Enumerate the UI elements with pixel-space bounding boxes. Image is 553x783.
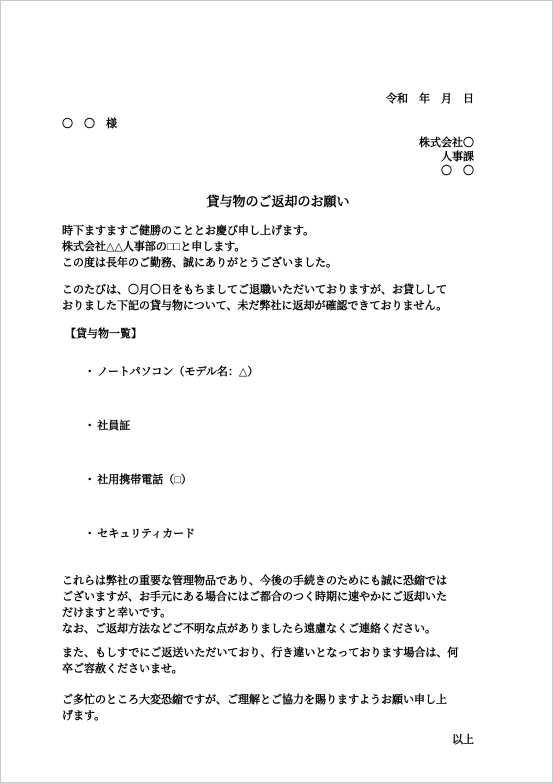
text-line: 株式会社△△人事部の□□と申します。 <box>62 239 474 255</box>
text-line: このたびは、〇月〇日をもちましてご退職いただいておりますが、お貸しして <box>62 282 474 298</box>
loaned-item-label: ノートパソコン（モデル名：△） <box>97 366 258 378</box>
text-line: この度は長年のご勤務、誠にありがとうございました。 <box>62 255 474 271</box>
notice-paragraph: このたびは、〇月〇日をもちましてご退職いただいておりますが、お貸しして おりまし… <box>62 282 474 314</box>
loaned-item: ・ノートパソコン（モデル名：△） <box>62 348 474 396</box>
text-line: げます。 <box>62 708 474 724</box>
document-title: 貸与物のご返却のお願い <box>62 192 494 212</box>
loaned-item-label: 社員証 <box>97 420 130 432</box>
greeting-paragraph: 時下ますますご健勝のこととお慶び申し上げます。 株式会社△△人事部の□□と申しま… <box>62 223 474 271</box>
loaned-item: ・社員証 <box>62 402 474 450</box>
bullet-icon: ・ <box>84 366 95 378</box>
text-line: 卒ご容赦くださいませ。 <box>62 661 474 677</box>
text-line: 時下ますますご健勝のこととお慶び申し上げます。 <box>62 223 474 239</box>
loaned-item-label: セキュリティカード <box>97 528 195 540</box>
addressee: 〇 〇 様 <box>62 116 474 132</box>
text-line: ございますが、お手元にある場合にはご都合のつく時期に速やかにご返却いた <box>62 589 474 605</box>
text-line: また、もしすでにご返送いただいており、行き違いとなっております場合は、何 <box>62 645 474 661</box>
text-line: だけますと幸いです。 <box>62 605 474 621</box>
loaned-item: ・セキュリティカード <box>62 510 474 558</box>
closing-word: 以上 <box>62 732 474 748</box>
loaned-items-header: 【貸与物一覧】 <box>62 326 474 342</box>
sender-name: 〇 〇 <box>62 164 474 178</box>
request-paragraph: これらは弊社の重要な管理物品であり、今後の手続きのためにも誠に恐縮では ございま… <box>62 573 474 637</box>
loaned-item: ・社用携帯電話（□） <box>62 456 474 504</box>
apology-paragraph: また、もしすでにご返送いただいており、行き違いとなっております場合は、何 卒ご容… <box>62 645 474 677</box>
loaned-item-label: 社用携帯電話（□） <box>97 474 192 486</box>
bullet-icon: ・ <box>84 420 95 432</box>
sender-block: 株式会社〇 人事課 〇 〇 <box>62 136 474 178</box>
sender-company: 株式会社〇 <box>62 136 474 150</box>
bullet-icon: ・ <box>84 474 95 486</box>
text-line: ご多忙のところ大変恐縮ですが、ご理解とご協力を賜りますようお願い申し上 <box>62 692 474 708</box>
bullet-icon: ・ <box>84 528 95 540</box>
text-line: これらは弊社の重要な管理物品であり、今後の手続きのためにも誠に恐縮では <box>62 573 474 589</box>
document-page: 令和 年 月 日 〇 〇 様 株式会社〇 人事課 〇 〇 貸与物のご返却のお願い… <box>0 0 553 783</box>
text-line: なお、ご返却方法などご不明な点がありましたら遠慮なくご連絡ください。 <box>62 621 474 637</box>
closing-request-paragraph: ご多忙のところ大変恐縮ですが、ご理解とご協力を賜りますようお願い申し上 げます。 <box>62 692 474 724</box>
text-line: おりました下記の貸与物について、未だ弊社に返却が確認できておりません。 <box>62 298 474 314</box>
date-line: 令和 年 月 日 <box>62 91 474 107</box>
sender-department: 人事課 <box>62 150 474 164</box>
